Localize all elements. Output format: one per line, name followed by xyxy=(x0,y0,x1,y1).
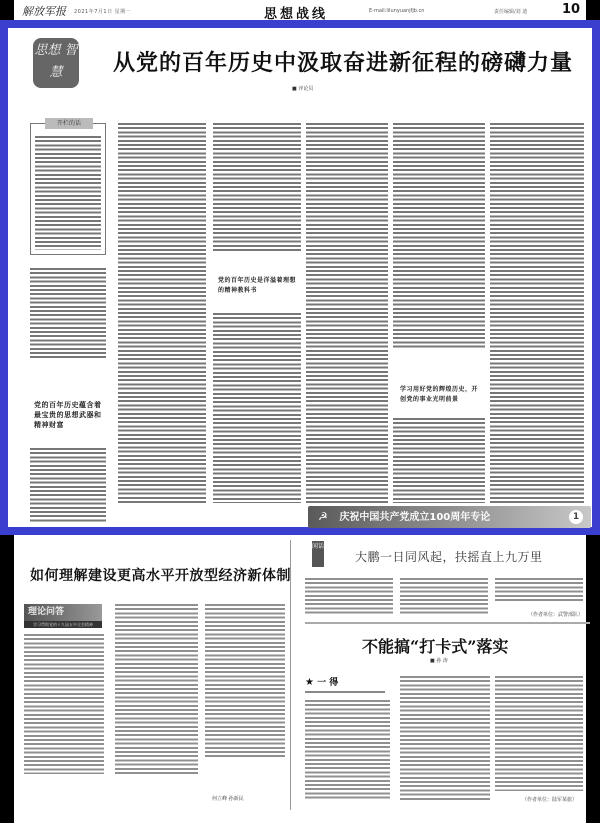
contact-email: E-mail:lilunyuanjfjb.cn xyxy=(369,8,424,14)
editor-credit: 责任编辑/刘 迪 xyxy=(494,8,527,15)
lower-left-credit: 何立峰 孙新民 xyxy=(212,795,244,802)
body-column xyxy=(393,418,485,503)
body-column xyxy=(400,578,488,614)
paper-name: 解放军报 xyxy=(22,3,66,19)
masthead: 解放军报 2021年7月1日 星期一 思想战线 E-mail:lilunyuan… xyxy=(14,0,586,22)
issue-date: 2021年7月1日 星期一 xyxy=(74,8,131,15)
editor-note-box: 开栏的话 xyxy=(30,123,106,255)
section-rule xyxy=(305,622,590,624)
body-column xyxy=(205,604,285,759)
subhead: 党的百年历史蕴含着最宝贵的思想武器和精神财富 xyxy=(34,400,104,430)
bottom-article-byline: ■ 孙 涛 xyxy=(430,657,448,664)
body-column xyxy=(305,578,393,614)
body-column xyxy=(213,123,301,253)
article-byline: ■ 评论员 xyxy=(292,85,313,92)
bottom-article-title: 不能搞“打卡式”落实 xyxy=(362,634,508,657)
series-banner: ☭ 庆祝中国共产党成立100周年专论 1 xyxy=(308,506,591,528)
theory-qa-logo: 理论问答 学习贯彻党的十九届五中全会精神 xyxy=(24,604,102,628)
body-column xyxy=(305,700,390,800)
banner-label: 庆祝中国共产党成立100周年专论 xyxy=(339,512,490,523)
column-name-block: ★ 一 得 xyxy=(305,675,385,693)
body-column xyxy=(490,123,584,503)
body-column xyxy=(115,604,198,774)
editor-note-label: 开栏的话 xyxy=(45,118,93,129)
hammer-sickle-icon: ☭ xyxy=(318,506,328,528)
theory-qa-subtitle: 学习贯彻党的十九届五中全会精神 xyxy=(24,621,102,628)
body-column xyxy=(306,123,388,503)
lower-left-title: 如何理解建设更高水平开放型经济新体制 xyxy=(30,565,291,585)
series-number: 1 xyxy=(569,510,583,524)
column-logo-seal: 思想 智慧 xyxy=(33,38,79,88)
body-column xyxy=(495,676,583,791)
side-article-credit: （作者单位：武警部队） xyxy=(528,611,583,618)
star-icon: ★ xyxy=(305,677,314,688)
body-column xyxy=(400,676,490,800)
bottom-article-credit: （作者单位：陆军某旅） xyxy=(522,796,577,803)
subhead: 学习用好党的辉煌历史，开创党的事业光明前景 xyxy=(400,385,484,405)
editor-note-text xyxy=(35,136,101,250)
column-tag: 闲话 xyxy=(312,541,324,567)
highlight-frame: 思想 智慧 从党的百年历史中汲取奋进新征程的磅礴力量 ■ 评论员 开栏的话 党的… xyxy=(0,20,600,535)
subhead: 党的百年历史是洋溢着理想的精神教科书 xyxy=(218,276,300,296)
page-number: 10 xyxy=(562,2,580,17)
body-column xyxy=(118,123,206,503)
body-column xyxy=(30,448,106,523)
article-title: 从党的百年历史中汲取奋进新征程的磅礴力量 xyxy=(113,46,573,77)
body-column xyxy=(393,123,485,348)
column-name: 一 得 xyxy=(317,678,338,688)
body-column xyxy=(30,268,106,358)
body-column xyxy=(24,634,104,774)
theory-qa-label: 理论问答 xyxy=(28,607,64,617)
side-article-title: 大鹏一日同风起，扶摇直上九万里 xyxy=(355,548,543,565)
body-column xyxy=(213,313,301,503)
column-divider xyxy=(290,540,291,810)
body-column xyxy=(495,578,583,603)
feature-article[interactable]: 思想 智慧 从党的百年历史中汲取奋进新征程的磅礴力量 ■ 评论员 开栏的话 党的… xyxy=(8,28,592,527)
